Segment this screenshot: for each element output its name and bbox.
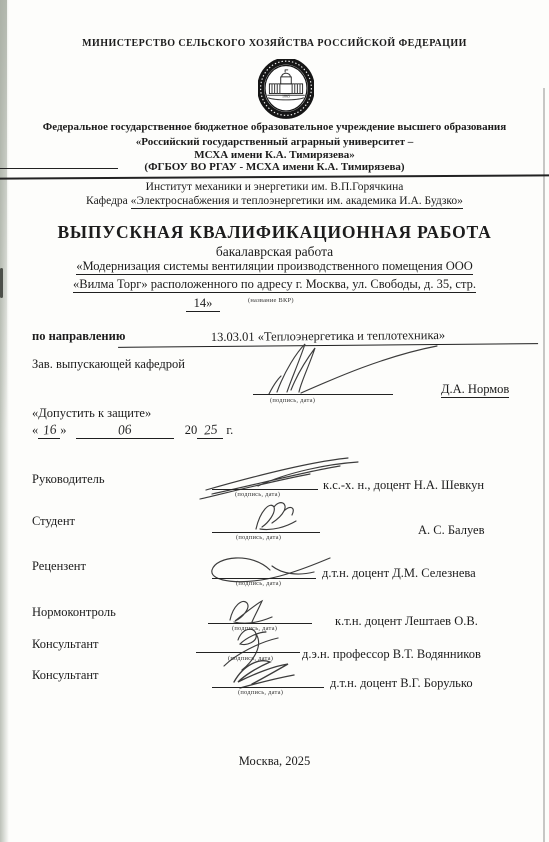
signature-line — [212, 578, 316, 579]
institute-line: Институт механики и энергетики им. В.П.Г… — [0, 181, 549, 193]
signatory-name: д.т.н. доцент В.Г. Борулько — [330, 676, 473, 691]
work-type-title: ВЫПУСКНАЯ КВАЛИФИКАЦИОННАЯ РАБОТА — [0, 222, 549, 243]
department-name: «Электроснабжения и теплоэнергетики им. … — [131, 195, 463, 209]
thesis-title-page: МИНИСТЕРСТВО СЕЛЬСКОГО ХОЗЯЙСТВА РОССИЙС… — [0, 0, 549, 842]
topic-caption: (название ВКР) — [248, 297, 294, 304]
signature-caption: (подпись, дата) — [236, 534, 281, 541]
signatory-name: А. С. Балуев — [418, 523, 484, 538]
head-signature-caption: (подпись, дата) — [270, 397, 315, 404]
signatory-name: д.э.н. профессор В.Т. Водянников — [302, 647, 481, 662]
head-of-department-label: Зав. выпускающей кафедрой — [32, 357, 185, 372]
direction-label: по направлению — [32, 329, 125, 344]
signature-caption: (подпись, дата) — [238, 689, 283, 696]
department-line: Кафедра «Электроснабжения и теплоэнергет… — [0, 195, 549, 207]
signatory-role: Руководитель — [32, 472, 105, 487]
work-kind-subtitle: бакалаврская работа — [0, 244, 549, 260]
city-year-footer: Москва, 2025 — [0, 754, 549, 769]
university-line-1: Федеральное государственное бюджетное об… — [0, 121, 549, 133]
signature-line — [212, 687, 324, 688]
ministry-header: МИНИСТЕРСТВО СЕЛЬСКОГО ХОЗЯЙСТВА РОССИЙС… — [0, 38, 549, 49]
topic-line-1: «Модернизация системы вентиляции произво… — [76, 259, 473, 275]
topic-line-2-wrap: «Вилма Торг» расположенного по адресу г.… — [0, 277, 549, 292]
signatory-role: Консультант — [32, 637, 99, 652]
signatory-name: к.т.н. доцент Лештаев О.В. — [335, 614, 478, 629]
university-seal-icon: 1865 — [258, 59, 314, 121]
defense-date-line: «16» 06 2025 г. — [32, 422, 233, 439]
date-year-printed: 20 — [185, 423, 198, 437]
signature-caption: (подпись, дата) — [236, 580, 281, 587]
head-of-department-name: Д.А. Нормов — [441, 382, 509, 397]
signature-student — [242, 497, 306, 537]
scan-edge-left-shade — [0, 0, 7, 430]
signatory-name: д.т.н. доцент Д.М. Селезнева — [322, 566, 476, 581]
signatory-role: Нормоконтроль — [32, 605, 116, 620]
signature-head-of-department — [255, 340, 440, 396]
signatory-role: Студент — [32, 514, 75, 529]
date-era-label: г. — [226, 423, 233, 437]
topic-line-3-wrap: 14» — [186, 296, 220, 312]
signature-line — [212, 532, 320, 533]
date-year-field: 25 — [197, 422, 223, 439]
university-line-4: (ФГБОУ ВО РГАУ - МСХА имени К.А. Тимиряз… — [0, 161, 549, 173]
university-line-2: «Российский государственный аграрный уни… — [0, 136, 549, 148]
date-day-field: 16 — [38, 422, 60, 439]
date-quote-close: » — [60, 423, 66, 437]
topic-line-2: «Вилма Торг» расположенного по адресу г.… — [73, 277, 476, 293]
signatory-role: Консультант — [32, 668, 99, 683]
date-month-field: 06 — [76, 422, 174, 439]
header-rule — [0, 174, 549, 179]
signature-line — [212, 489, 318, 490]
topic-line-1-wrap: «Модернизация системы вентиляции произво… — [0, 259, 549, 274]
signatory-role: Рецензент — [32, 559, 86, 574]
seal-year: 1865 — [282, 94, 290, 99]
head-signature-line — [253, 394, 393, 395]
department-label: Кафедра — [86, 195, 128, 207]
university-line-3: МСХА имени К.А. Тимирязева» — [0, 149, 549, 161]
signatory-name: к.с.-х. н., доцент Н.А. Шевкун — [323, 478, 484, 493]
admit-to-defense-label: «Допустить к защите» — [32, 406, 151, 421]
topic-line-3: 14» — [186, 296, 220, 312]
